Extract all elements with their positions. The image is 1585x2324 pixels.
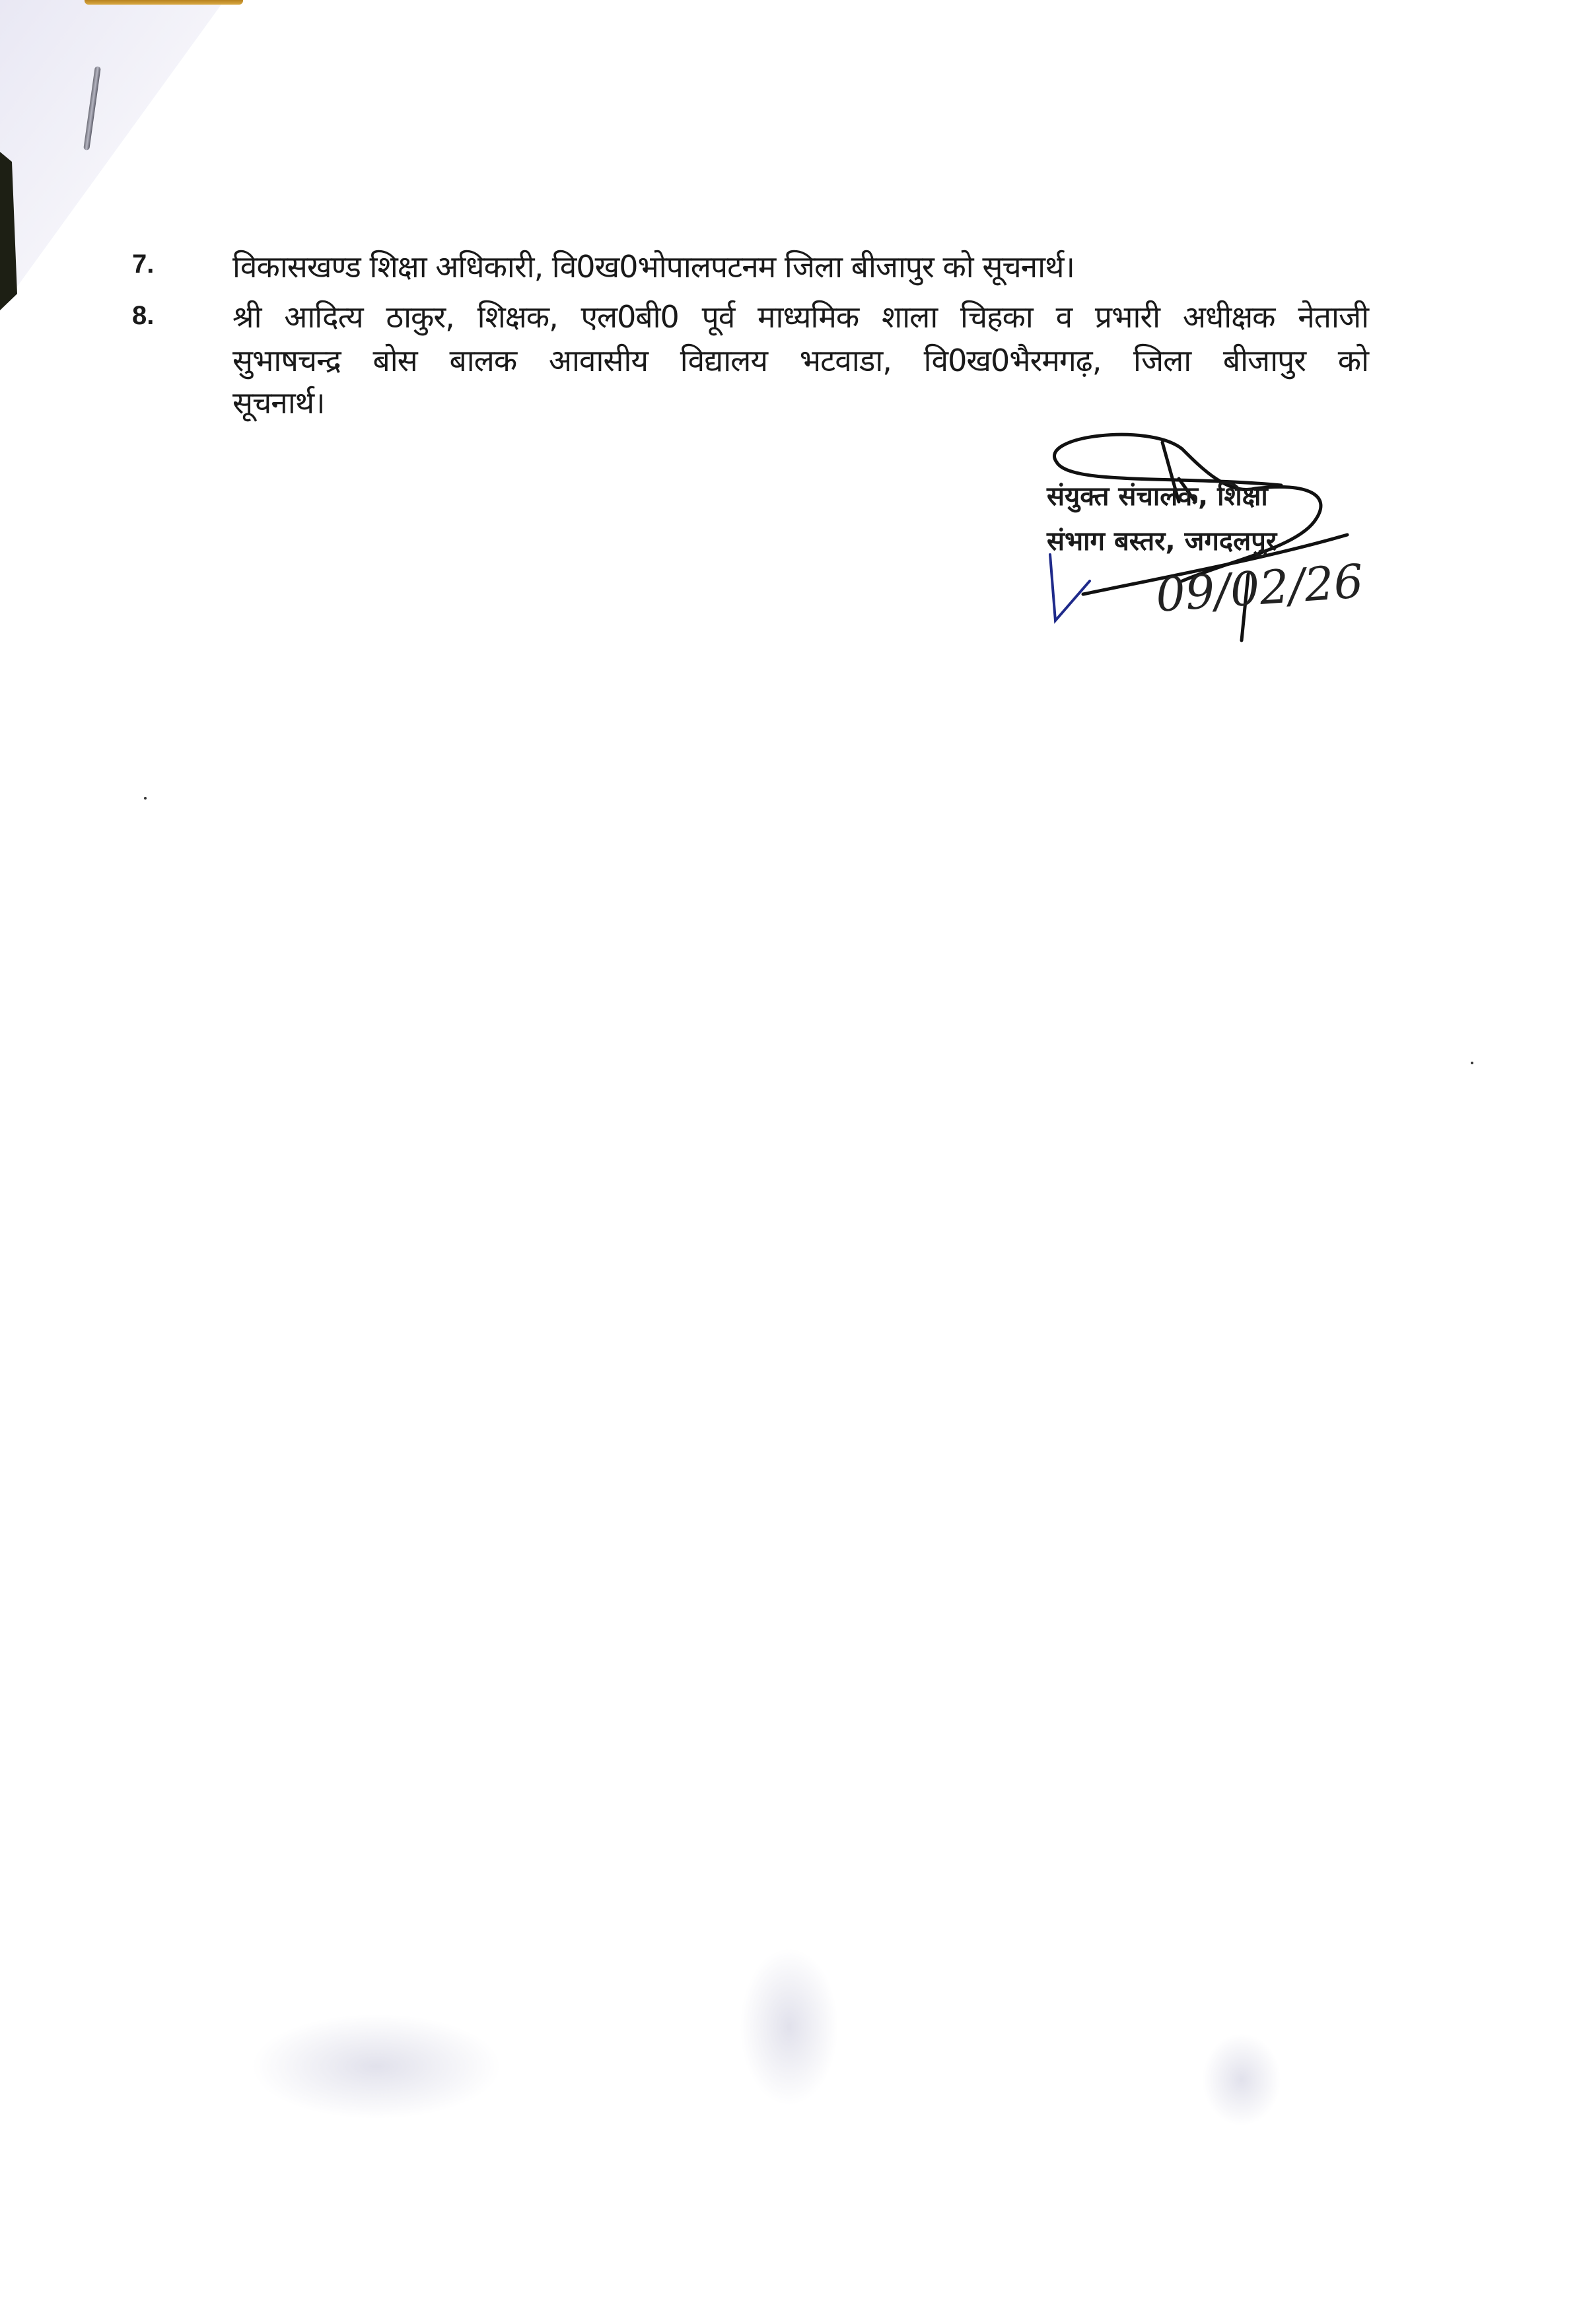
staple-mark — [83, 66, 101, 151]
item-number: 8. — [132, 301, 154, 331]
ink-show-through — [1202, 2034, 1281, 2126]
ink-show-through — [251, 2014, 502, 2119]
signatory-designation: संयुक्त संचालक, शिक्षा — [1047, 477, 1268, 513]
ink-show-through — [740, 1948, 839, 2106]
signature-block: संयुक्त संचालक, शिक्षा संभाग बस्तर, जगदल… — [1030, 423, 1400, 647]
item-text-line: श्री आदित्य ठाकुर, शिक्षक, एल0बी0 पूर्व … — [232, 296, 1368, 337]
paper-speck — [144, 797, 147, 800]
item-text-line: विकासखण्ड शिक्षा अधिकारी, वि0ख0भोपालपटनम… — [232, 246, 1074, 287]
signatory-office: संभाग बस्तर, जगदलपुर — [1047, 522, 1277, 558]
item-number: 7. — [132, 250, 154, 279]
item-text-line: सूचनार्थ। — [232, 382, 325, 423]
paper-speck — [1471, 1062, 1473, 1064]
item-text-line: सुभाषचन्द्र बोस बालक आवासीय विद्यालय भटव… — [232, 339, 1368, 380]
tape-strip — [85, 0, 243, 5]
